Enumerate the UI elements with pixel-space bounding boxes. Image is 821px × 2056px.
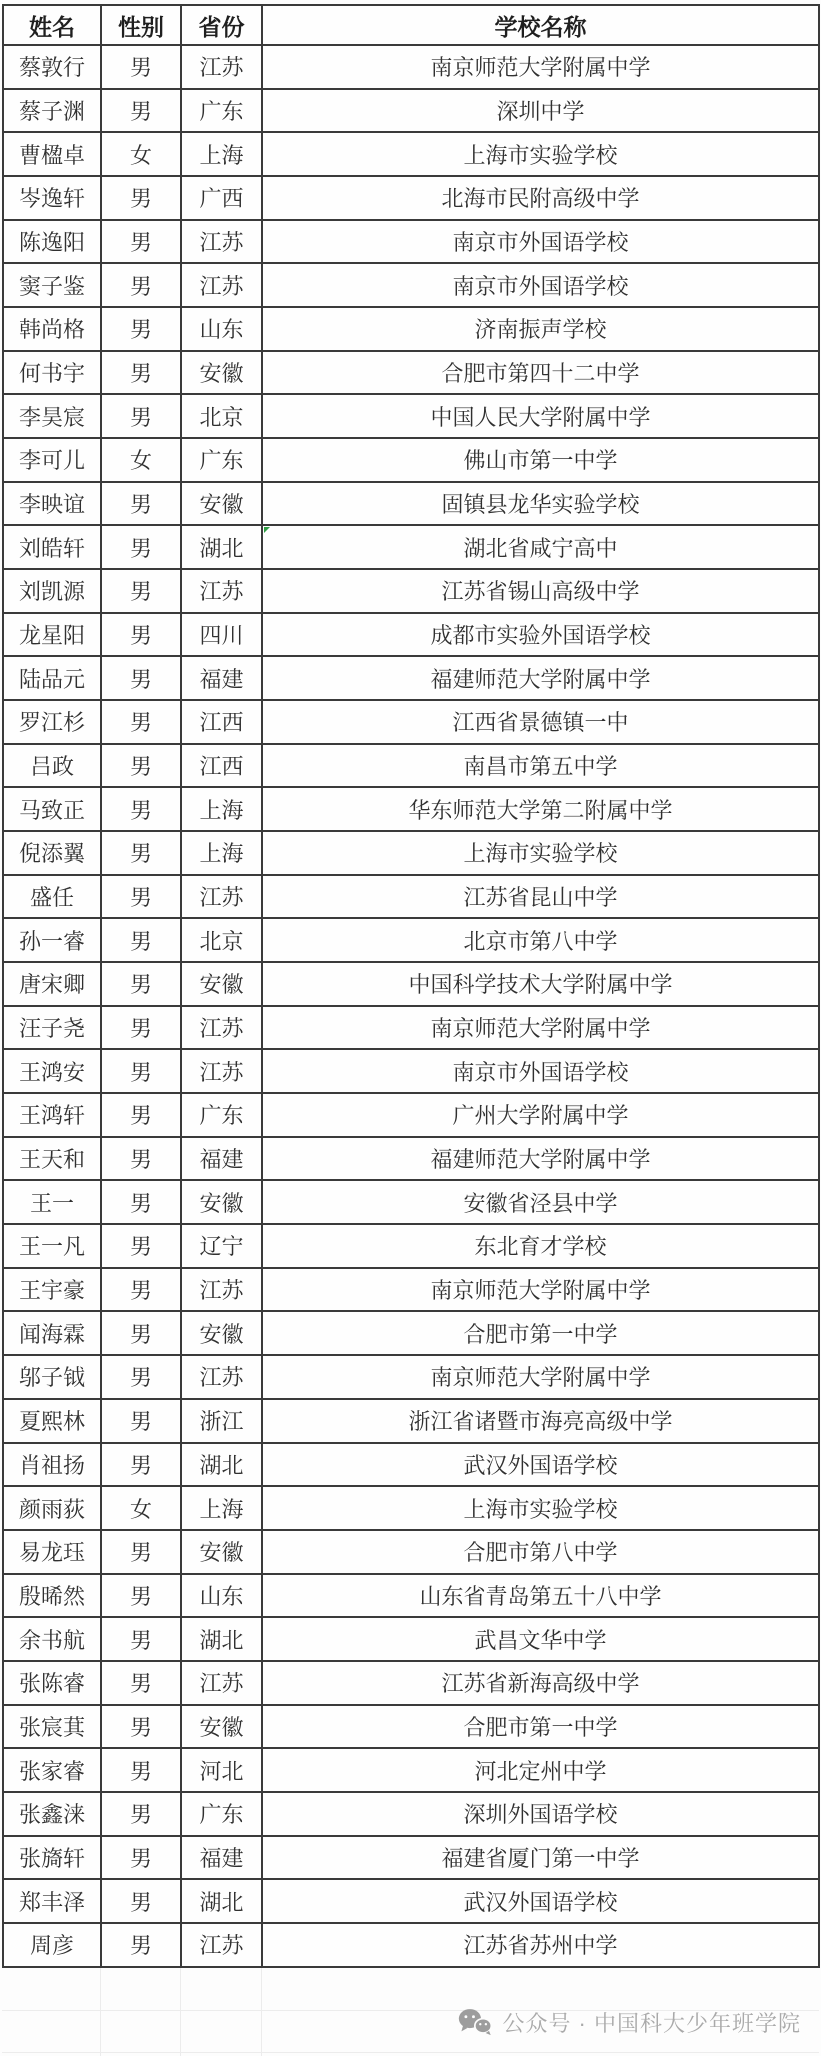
table-row: 陈逸阳 男 江苏 南京市外国语学校 xyxy=(3,220,819,264)
table-row: 马致正 男 上海 华东师范大学第二附属中学 xyxy=(3,787,819,831)
cell-province: 江苏 xyxy=(181,220,262,264)
cell-gender: 男 xyxy=(101,962,181,1006)
cell-school: 南昌市第五中学 xyxy=(262,744,819,788)
cell-gender: 男 xyxy=(101,1530,181,1574)
cell-province: 江苏 xyxy=(181,569,262,613)
table-row: 倪添翼 男 上海 上海市实验学校 xyxy=(3,831,819,875)
table-row: 汪子尧 男 江苏 南京师范大学附属中学 xyxy=(3,1006,819,1050)
table-row: 张家睿 男 河北 河北定州中学 xyxy=(3,1748,819,1792)
cell-name: 陆品元 xyxy=(3,656,101,700)
cell-school-text: 武昌文华中学 xyxy=(474,1628,606,1653)
cell-gender: 男 xyxy=(101,1311,181,1355)
table-row: 王鸿轩 男 广东 广州大学附属中学 xyxy=(3,1093,819,1137)
cell-school-text: 浙江省诸暨市海亮高级中学 xyxy=(408,1409,672,1434)
cell-school-text: 南京市外国语学校 xyxy=(452,274,628,299)
cell-province: 江苏 xyxy=(181,1661,262,1705)
cell-gender: 男 xyxy=(101,482,181,526)
cell-school: 南京市外国语学校 xyxy=(262,1049,819,1093)
cell-school: 合肥市第八中学 xyxy=(262,1530,819,1574)
cell-province: 广西 xyxy=(181,176,262,220)
cell-school-text: 固镇县龙华实验学校 xyxy=(441,492,639,517)
cell-province: 江西 xyxy=(181,700,262,744)
cell-province: 北京 xyxy=(181,394,262,438)
table-row: 王一 男 安徽 安徽省泾县中学 xyxy=(3,1180,819,1224)
cell-name: 余书航 xyxy=(3,1617,101,1661)
cell-school-text: 合肥市第一中学 xyxy=(463,1322,617,1347)
table-row: 王一凡 男 辽宁 东北育才学校 xyxy=(3,1224,819,1268)
cell-school: 北海市民附高级中学 xyxy=(262,176,819,220)
cell-school-text: 江西省景德镇一中 xyxy=(452,710,628,735)
cell-school: 合肥市第一中学 xyxy=(262,1705,819,1749)
cell-school-text: 福建省厦门第一中学 xyxy=(441,1846,639,1871)
cell-name: 张鑫涞 xyxy=(3,1792,101,1836)
cell-school: 山东省青岛第五十八中学 xyxy=(262,1574,819,1618)
table-row: 蔡敦行 男 江苏 南京师范大学附属中学 xyxy=(3,45,819,89)
cell-name: 汪子尧 xyxy=(3,1006,101,1050)
comment-marker-triangle xyxy=(264,527,270,533)
table-row: 李映谊 男 安徽 固镇县龙华实验学校 xyxy=(3,482,819,526)
watermark-label: 公众号 · 中国科大少年班学院 xyxy=(502,2007,801,2038)
cell-gender: 男 xyxy=(101,613,181,657)
table-row: 岑逸轩 男 广西 北海市民附高级中学 xyxy=(3,176,819,220)
table-row: 殷晞然 男 山东 山东省青岛第五十八中学 xyxy=(3,1574,819,1618)
cell-school-text: 武汉外国语学校 xyxy=(463,1890,617,1915)
empty-grid-vline xyxy=(100,1968,101,2056)
cell-province: 安徽 xyxy=(181,1311,262,1355)
cell-gender: 男 xyxy=(101,351,181,395)
cell-name: 曹楹卓 xyxy=(3,132,101,176)
cell-name: 韩尚格 xyxy=(3,307,101,351)
table-row: 余书航 男 湖北 武昌文华中学 xyxy=(3,1617,819,1661)
page: 姓名 性别 省份 学校名称 蔡敦行 男 江苏 南京师范大学附属中学 蔡子渊 男 … xyxy=(0,0,821,2056)
cell-school-text: 广州大学附属中学 xyxy=(452,1103,628,1128)
table-row: 李昊宸 男 北京 中国人民大学附属中学 xyxy=(3,394,819,438)
cell-gender: 女 xyxy=(101,132,181,176)
cell-province: 安徽 xyxy=(181,1705,262,1749)
cell-school-text: 山东省青岛第五十八中学 xyxy=(419,1584,661,1609)
cell-school-text: 北海市民附高级中学 xyxy=(441,186,639,211)
cell-name: 盛任 xyxy=(3,875,101,919)
header-row: 姓名 性别 省份 学校名称 xyxy=(3,5,819,45)
cell-province: 江苏 xyxy=(181,1923,262,1967)
table-row: 蔡子渊 男 广东 深圳中学 xyxy=(3,89,819,133)
cell-school: 东北育才学校 xyxy=(262,1224,819,1268)
cell-province: 江西 xyxy=(181,744,262,788)
table-row: 刘凯源 男 江苏 江苏省锡山高级中学 xyxy=(3,569,819,613)
cell-school: 福建师范大学附属中学 xyxy=(262,1137,819,1181)
cell-school: 江西省景德镇一中 xyxy=(262,700,819,744)
cell-school-text: 上海市实验学校 xyxy=(463,143,617,168)
cell-school-text: 北京市第八中学 xyxy=(463,929,617,954)
table-row: 韩尚格 男 山东 济南振声学校 xyxy=(3,307,819,351)
cell-gender: 男 xyxy=(101,1923,181,1967)
cell-province: 湖北 xyxy=(181,1617,262,1661)
cell-school-text: 中国科学技术大学附属中学 xyxy=(408,972,672,997)
cell-province: 江苏 xyxy=(181,1268,262,1312)
cell-province: 上海 xyxy=(181,132,262,176)
cell-name: 倪添翼 xyxy=(3,831,101,875)
watermark: 公众号 · 中国科大少年班学院 xyxy=(458,2002,801,2042)
cell-name: 蔡子渊 xyxy=(3,89,101,133)
cell-school-text: 安徽省泾县中学 xyxy=(463,1191,617,1216)
cell-name: 蔡敦行 xyxy=(3,45,101,89)
cell-name: 周彦 xyxy=(3,1923,101,1967)
table-row: 陆品元 男 福建 福建师范大学附属中学 xyxy=(3,656,819,700)
header-province: 省份 xyxy=(181,5,262,45)
cell-school-text: 合肥市第八中学 xyxy=(463,1540,617,1565)
header-school: 学校名称 xyxy=(262,5,819,45)
cell-province: 福建 xyxy=(181,1137,262,1181)
cell-school-text: 南昌市第五中学 xyxy=(463,754,617,779)
cell-province: 湖北 xyxy=(181,1443,262,1487)
cell-gender: 男 xyxy=(101,656,181,700)
cell-name: 邬子钺 xyxy=(3,1355,101,1399)
cell-gender: 男 xyxy=(101,525,181,569)
cell-school: 南京市外国语学校 xyxy=(262,263,819,307)
cell-gender: 女 xyxy=(101,438,181,482)
cell-school-text: 河北定州中学 xyxy=(474,1759,606,1784)
cell-school-text: 中国人民大学附属中学 xyxy=(430,405,650,430)
cell-gender: 男 xyxy=(101,1268,181,1312)
cell-province: 浙江 xyxy=(181,1399,262,1443)
cell-name: 龙星阳 xyxy=(3,613,101,657)
table-row: 王宇豪 男 江苏 南京师范大学附属中学 xyxy=(3,1268,819,1312)
cell-province: 江苏 xyxy=(181,875,262,919)
cell-gender: 男 xyxy=(101,569,181,613)
cell-school-text: 江苏省新海高级中学 xyxy=(441,1671,639,1696)
cell-school: 上海市实验学校 xyxy=(262,132,819,176)
cell-gender: 男 xyxy=(101,1224,181,1268)
cell-gender: 男 xyxy=(101,1093,181,1137)
cell-name: 肖祖扬 xyxy=(3,1443,101,1487)
cell-province: 湖北 xyxy=(181,1879,262,1923)
cell-name: 李可儿 xyxy=(3,438,101,482)
cell-school-text: 深圳外国语学校 xyxy=(463,1802,617,1827)
cell-gender: 男 xyxy=(101,744,181,788)
cell-school: 南京师范大学附属中学 xyxy=(262,1268,819,1312)
cell-school: 成都市实验外国语学校 xyxy=(262,613,819,657)
cell-school: 中国人民大学附属中学 xyxy=(262,394,819,438)
cell-name: 孙一睿 xyxy=(3,918,101,962)
cell-gender: 女 xyxy=(101,1486,181,1530)
wechat-icon xyxy=(458,2007,492,2037)
cell-school-text: 华东师范大学第二附属中学 xyxy=(408,798,672,823)
cell-school: 武汉外国语学校 xyxy=(262,1879,819,1923)
student-roster-table: 姓名 性别 省份 学校名称 蔡敦行 男 江苏 南京师范大学附属中学 蔡子渊 男 … xyxy=(2,4,820,1968)
cell-name: 夏熙林 xyxy=(3,1399,101,1443)
cell-school-text: 东北育才学校 xyxy=(474,1234,606,1259)
cell-province: 福建 xyxy=(181,1836,262,1880)
cell-name: 张旖轩 xyxy=(3,1836,101,1880)
cell-gender: 男 xyxy=(101,1748,181,1792)
cell-province: 安徽 xyxy=(181,962,262,1006)
table-row: 闻海霖 男 安徽 合肥市第一中学 xyxy=(3,1311,819,1355)
header-name: 姓名 xyxy=(3,5,101,45)
cell-school-text: 江苏省苏州中学 xyxy=(463,1933,617,1958)
table-row: 刘皓轩 男 湖北 湖北省咸宁高中 xyxy=(3,525,819,569)
cell-province: 山东 xyxy=(181,1574,262,1618)
cell-gender: 男 xyxy=(101,176,181,220)
cell-province: 江苏 xyxy=(181,45,262,89)
cell-gender: 男 xyxy=(101,1661,181,1705)
cell-province: 上海 xyxy=(181,831,262,875)
cell-school-text: 深圳中学 xyxy=(496,99,584,124)
cell-school: 福建省厦门第一中学 xyxy=(262,1836,819,1880)
cell-name: 颜雨荻 xyxy=(3,1486,101,1530)
cell-name: 张陈睿 xyxy=(3,1661,101,1705)
cell-school-text: 上海市实验学校 xyxy=(463,1497,617,1522)
cell-school: 河北定州中学 xyxy=(262,1748,819,1792)
table-row: 王鸿安 男 江苏 南京市外国语学校 xyxy=(3,1049,819,1093)
cell-gender: 男 xyxy=(101,1443,181,1487)
cell-gender: 男 xyxy=(101,1049,181,1093)
table-row: 何书宇 男 安徽 合肥市第四十二中学 xyxy=(3,351,819,395)
cell-name: 岑逸轩 xyxy=(3,176,101,220)
table-row: 盛任 男 江苏 江苏省昆山中学 xyxy=(3,875,819,919)
cell-province: 江苏 xyxy=(181,263,262,307)
cell-school: 南京市外国语学校 xyxy=(262,220,819,264)
cell-school: 中国科学技术大学附属中学 xyxy=(262,962,819,1006)
table-row: 郑丰泽 男 湖北 武汉外国语学校 xyxy=(3,1879,819,1923)
cell-name: 唐宋卿 xyxy=(3,962,101,1006)
cell-province: 上海 xyxy=(181,787,262,831)
cell-province: 河北 xyxy=(181,1748,262,1792)
cell-school-text: 成都市实验外国语学校 xyxy=(430,623,650,648)
cell-school-text: 福建师范大学附属中学 xyxy=(430,667,650,692)
cell-school: 深圳中学 xyxy=(262,89,819,133)
cell-school-text: 江苏省锡山高级中学 xyxy=(441,579,639,604)
cell-school: 合肥市第四十二中学 xyxy=(262,351,819,395)
cell-gender: 男 xyxy=(101,307,181,351)
cell-school: 北京市第八中学 xyxy=(262,918,819,962)
cell-gender: 男 xyxy=(101,220,181,264)
cell-school-text: 南京师范大学附属中学 xyxy=(430,1278,650,1303)
cell-school-text: 南京师范大学附属中学 xyxy=(430,1016,650,1041)
cell-province: 安徽 xyxy=(181,1530,262,1574)
cell-gender: 男 xyxy=(101,1006,181,1050)
cell-name: 王天和 xyxy=(3,1137,101,1181)
cell-school: 济南振声学校 xyxy=(262,307,819,351)
cell-school: 浙江省诸暨市海亮高级中学 xyxy=(262,1399,819,1443)
table-row: 吕政 男 江西 南昌市第五中学 xyxy=(3,744,819,788)
cell-gender: 男 xyxy=(101,1137,181,1181)
table-row: 颜雨荻 女 上海 上海市实验学校 xyxy=(3,1486,819,1530)
empty-grid-vline xyxy=(180,1968,181,2056)
cell-gender: 男 xyxy=(101,787,181,831)
cell-province: 江苏 xyxy=(181,1049,262,1093)
cell-name: 张家睿 xyxy=(3,1748,101,1792)
cell-school-text: 武汉外国语学校 xyxy=(463,1453,617,1478)
table-row: 曹楹卓 女 上海 上海市实验学校 xyxy=(3,132,819,176)
cell-province: 安徽 xyxy=(181,351,262,395)
cell-gender: 男 xyxy=(101,1792,181,1836)
cell-gender: 男 xyxy=(101,1180,181,1224)
cell-school: 南京师范大学附属中学 xyxy=(262,45,819,89)
table-row: 易龙珏 男 安徽 合肥市第八中学 xyxy=(3,1530,819,1574)
cell-gender: 男 xyxy=(101,918,181,962)
table-row: 邬子钺 男 江苏 南京师范大学附属中学 xyxy=(3,1355,819,1399)
cell-school: 南京师范大学附属中学 xyxy=(262,1355,819,1399)
cell-gender: 男 xyxy=(101,1574,181,1618)
table-row: 张鑫涞 男 广东 深圳外国语学校 xyxy=(3,1792,819,1836)
table-body: 蔡敦行 男 江苏 南京师范大学附属中学 蔡子渊 男 广东 深圳中学 曹楹卓 女 … xyxy=(3,45,819,1967)
cell-name: 何书宇 xyxy=(3,351,101,395)
cell-school: 江苏省昆山中学 xyxy=(262,875,819,919)
cell-name: 罗江杉 xyxy=(3,700,101,744)
cell-province: 安徽 xyxy=(181,482,262,526)
cell-school-text: 南京市外国语学校 xyxy=(452,230,628,255)
empty-grid-hline xyxy=(2,2052,819,2053)
cell-name: 闻海霖 xyxy=(3,1311,101,1355)
cell-name: 易龙珏 xyxy=(3,1530,101,1574)
cell-name: 刘凯源 xyxy=(3,569,101,613)
cell-province: 湖北 xyxy=(181,525,262,569)
table-row: 张宸萁 男 安徽 合肥市第一中学 xyxy=(3,1705,819,1749)
cell-name: 马致正 xyxy=(3,787,101,831)
cell-gender: 男 xyxy=(101,831,181,875)
table-header: 姓名 性别 省份 学校名称 xyxy=(3,5,819,45)
cell-school-text: 江苏省昆山中学 xyxy=(463,885,617,910)
cell-name: 刘皓轩 xyxy=(3,525,101,569)
cell-school: 广州大学附属中学 xyxy=(262,1093,819,1137)
cell-gender: 男 xyxy=(101,1399,181,1443)
cell-gender: 男 xyxy=(101,89,181,133)
cell-school-text: 佛山市第一中学 xyxy=(463,448,617,473)
cell-name: 陈逸阳 xyxy=(3,220,101,264)
cell-gender: 男 xyxy=(101,263,181,307)
cell-name: 王一凡 xyxy=(3,1224,101,1268)
cell-school: 华东师范大学第二附属中学 xyxy=(262,787,819,831)
cell-province: 辽宁 xyxy=(181,1224,262,1268)
cell-school-text: 南京市外国语学校 xyxy=(452,1060,628,1085)
cell-province: 北京 xyxy=(181,918,262,962)
table-row: 张旖轩 男 福建 福建省厦门第一中学 xyxy=(3,1836,819,1880)
cell-gender: 男 xyxy=(101,875,181,919)
cell-school: 武汉外国语学校 xyxy=(262,1443,819,1487)
cell-name: 张宸萁 xyxy=(3,1705,101,1749)
cell-school-text: 南京师范大学附属中学 xyxy=(430,1365,650,1390)
cell-province: 福建 xyxy=(181,656,262,700)
cell-school: 佛山市第一中学 xyxy=(262,438,819,482)
cell-province: 广东 xyxy=(181,1792,262,1836)
cell-gender: 男 xyxy=(101,700,181,744)
cell-school: 固镇县龙华实验学校 xyxy=(262,482,819,526)
cell-name: 王鸿轩 xyxy=(3,1093,101,1137)
table-row: 李可儿 女 广东 佛山市第一中学 xyxy=(3,438,819,482)
cell-school-text: 合肥市第四十二中学 xyxy=(441,361,639,386)
cell-name: 吕政 xyxy=(3,744,101,788)
table-row: 龙星阳 男 四川 成都市实验外国语学校 xyxy=(3,613,819,657)
cell-school: 江苏省新海高级中学 xyxy=(262,1661,819,1705)
cell-school: 江苏省苏州中学 xyxy=(262,1923,819,1967)
table-row: 张陈睿 男 江苏 江苏省新海高级中学 xyxy=(3,1661,819,1705)
cell-school-text: 福建师范大学附属中学 xyxy=(430,1147,650,1172)
cell-school-text: 合肥市第一中学 xyxy=(463,1715,617,1740)
cell-name: 王鸿安 xyxy=(3,1049,101,1093)
table-row: 周彦 男 江苏 江苏省苏州中学 xyxy=(3,1923,819,1967)
cell-name: 李映谊 xyxy=(3,482,101,526)
cell-school-text: 济南振声学校 xyxy=(474,317,606,342)
cell-school: 南京师范大学附属中学 xyxy=(262,1006,819,1050)
table-row: 夏熙林 男 浙江 浙江省诸暨市海亮高级中学 xyxy=(3,1399,819,1443)
table-row: 孙一睿 男 北京 北京市第八中学 xyxy=(3,918,819,962)
header-gender: 性别 xyxy=(101,5,181,45)
cell-gender: 男 xyxy=(101,1617,181,1661)
cell-school: 湖北省咸宁高中 xyxy=(262,525,819,569)
cell-province: 山东 xyxy=(181,307,262,351)
cell-name: 殷晞然 xyxy=(3,1574,101,1618)
cell-school: 江苏省锡山高级中学 xyxy=(262,569,819,613)
cell-province: 广东 xyxy=(181,1093,262,1137)
cell-gender: 男 xyxy=(101,394,181,438)
cell-school-text: 南京师范大学附属中学 xyxy=(430,55,650,80)
empty-grid-vline xyxy=(261,1968,262,2056)
cell-school: 上海市实验学校 xyxy=(262,831,819,875)
cell-school-text: 湖北省咸宁高中 xyxy=(463,536,617,561)
cell-gender: 男 xyxy=(101,1705,181,1749)
cell-school: 福建师范大学附属中学 xyxy=(262,656,819,700)
cell-province: 四川 xyxy=(181,613,262,657)
cell-school: 武昌文华中学 xyxy=(262,1617,819,1661)
cell-gender: 男 xyxy=(101,45,181,89)
table-row: 肖祖扬 男 湖北 武汉外国语学校 xyxy=(3,1443,819,1487)
cell-name: 王宇豪 xyxy=(3,1268,101,1312)
cell-province: 江苏 xyxy=(181,1355,262,1399)
cell-name: 王一 xyxy=(3,1180,101,1224)
cell-school: 安徽省泾县中学 xyxy=(262,1180,819,1224)
cell-province: 江苏 xyxy=(181,1006,262,1050)
cell-school: 合肥市第一中学 xyxy=(262,1311,819,1355)
cell-school: 上海市实验学校 xyxy=(262,1486,819,1530)
table-row: 王天和 男 福建 福建师范大学附属中学 xyxy=(3,1137,819,1181)
table-row: 唐宋卿 男 安徽 中国科学技术大学附属中学 xyxy=(3,962,819,1006)
cell-name: 郑丰泽 xyxy=(3,1879,101,1923)
cell-school: 深圳外国语学校 xyxy=(262,1792,819,1836)
table-row: 罗江杉 男 江西 江西省景德镇一中 xyxy=(3,700,819,744)
cell-name: 李昊宸 xyxy=(3,394,101,438)
cell-province: 安徽 xyxy=(181,1180,262,1224)
cell-name: 窦子鉴 xyxy=(3,263,101,307)
cell-province: 广东 xyxy=(181,89,262,133)
cell-school-text: 上海市实验学校 xyxy=(463,841,617,866)
cell-province: 广东 xyxy=(181,438,262,482)
cell-gender: 男 xyxy=(101,1836,181,1880)
table-row: 窦子鉴 男 江苏 南京市外国语学校 xyxy=(3,263,819,307)
cell-province: 上海 xyxy=(181,1486,262,1530)
cell-gender: 男 xyxy=(101,1879,181,1923)
cell-gender: 男 xyxy=(101,1355,181,1399)
